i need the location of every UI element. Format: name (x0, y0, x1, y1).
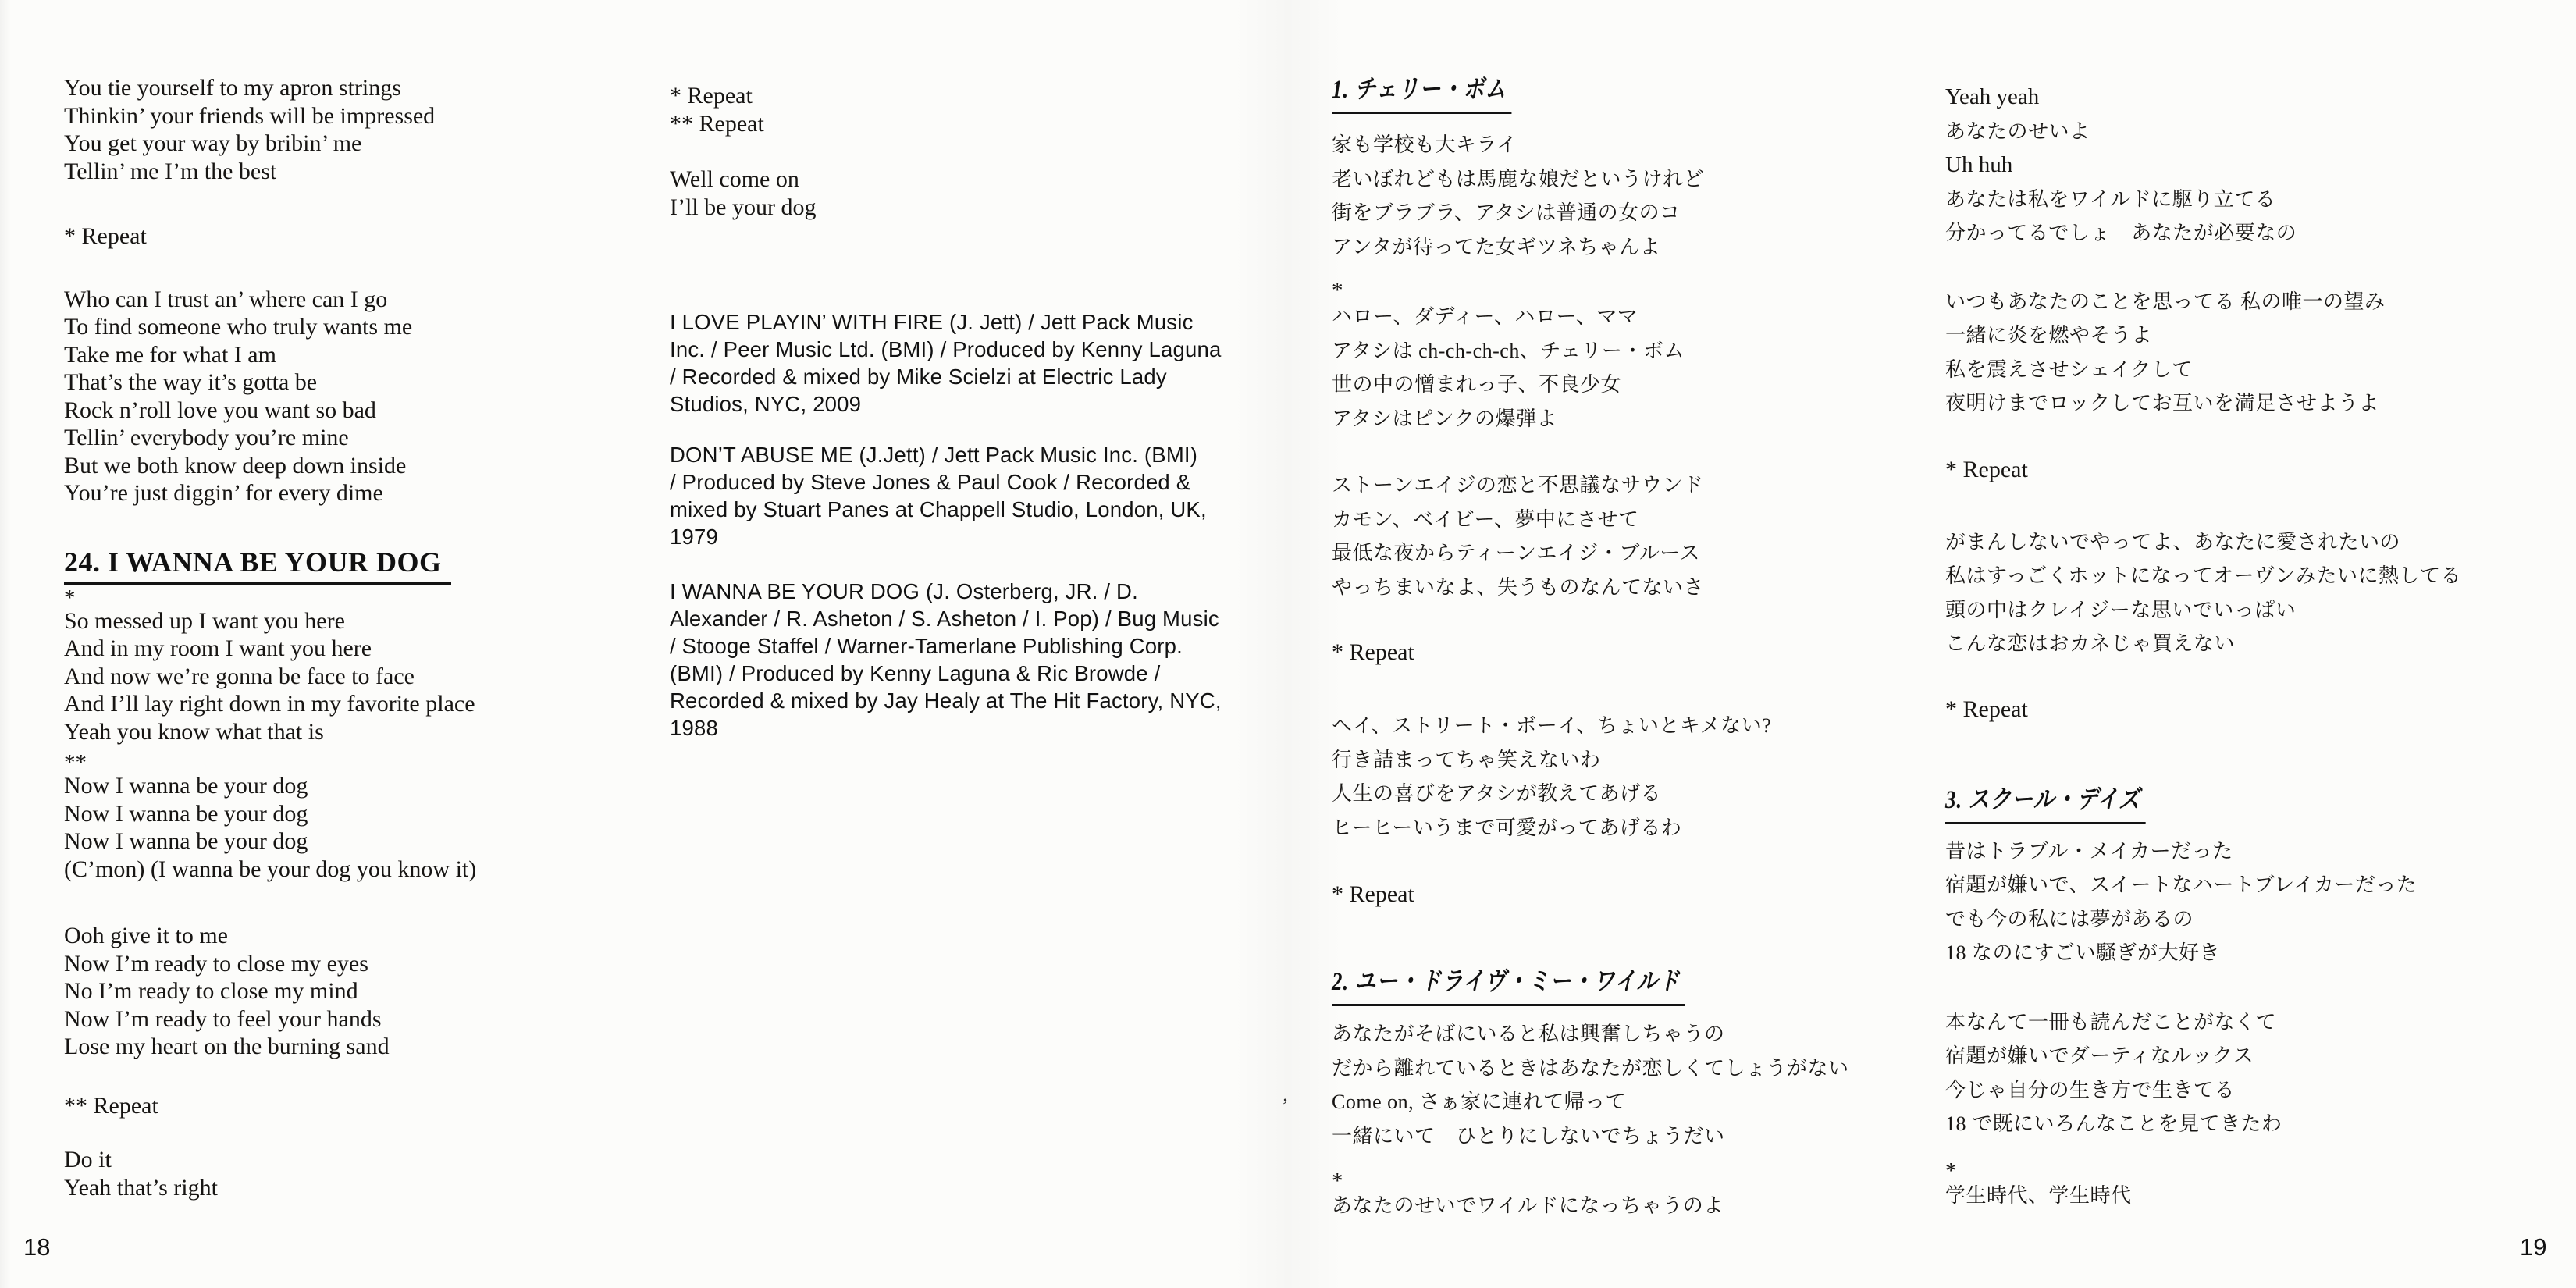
lyric-line: 18 で既にいろんなことを見てきたわ (1945, 1107, 2570, 1141)
stanza: 昔はトラブル・メイカーだった宿題が嫌いで、スイートなハートブレイカーだったでも今… (1945, 834, 2570, 970)
lyric-line: And in my room I want you here (64, 635, 579, 663)
repeat-marker: * Repeat (1332, 639, 1941, 667)
song-title-text: 24. I WANNA BE YOUR DOG (64, 546, 451, 585)
stanza: 本なんて一冊も読んだことがなくて宿題が嫌いでダーティなルックス今じゃ自分の生き方… (1945, 1005, 2570, 1141)
repeat-marker: * (1332, 1173, 1941, 1189)
lyric-line: アンタが待ってた女ギツネちゃんよ (1332, 230, 1941, 265)
lyric-line: To find someone who truly wants me (64, 313, 579, 341)
lyric-line: あなたがそばにいると私は興奮しちゃうの (1332, 1017, 1941, 1051)
lyric-line: Do it (64, 1146, 579, 1174)
lyric-line: 18 なのにすごい騒ぎが大好き (1945, 936, 2570, 970)
credit-line: / Produced by Steve Jones & Paul Cook / … (670, 468, 1247, 496)
lyric-line: 一緒にいて ひとりにしないでちょうだい (1332, 1119, 1941, 1154)
lyric-line: でも今の私には夢があるの (1945, 902, 2570, 937)
credit-line: Alexander / R. Asheton / S. Asheton / I.… (670, 605, 1247, 632)
stanza: 学生時代、学生時代 (1945, 1179, 2570, 1213)
stanza: ヘイ、ストリート・ボーイ、ちょいとキメない?行き詰まってちゃ笑えないわ人生の喜び… (1332, 709, 1941, 845)
lyric-line: アタシは ch-ch-ch-ch、チェリー・ボム (1332, 334, 1941, 368)
lyric-line: がまんしないでやってよ、あなたに愛されたいの (1945, 525, 2570, 560)
lyric-line: Well come on (670, 165, 1247, 194)
lyric-line: あなたのせいよ (1945, 115, 2570, 149)
credit-line: / Recorded & mixed by Mike Scielzi at El… (670, 363, 1247, 390)
song-title-text: 2. ユー・ドライヴ・ミー・ワイルド (1332, 966, 1685, 1006)
lyric-line: 老いぼれどもは馬鹿な娘だというけれど (1332, 162, 1941, 197)
lyric-line: ヘイ、ストリート・ボーイ、ちょいとキメない? (1332, 709, 1941, 743)
credit-block: I WANNA BE YOUR DOG (J. Osterberg, JR. /… (670, 578, 1247, 742)
lyric-line: That’s the way it’s gotta be (64, 368, 579, 397)
lyric-line: Now I’m ready to close my eyes (64, 950, 579, 978)
stanza: Now I wanna be your dogNow I wanna be yo… (64, 772, 579, 883)
lyric-line: 夜明けまでロックしてお互いを満足させようよ (1945, 386, 2570, 421)
lyric-line: 本なんて一冊も読んだことがなくて (1945, 1005, 2570, 1040)
lyric-line: (C’mon) (I wanna be your dog you know it… (64, 856, 579, 884)
credit-line: I WANNA BE YOUR DOG (J. Osterberg, JR. /… (670, 578, 1247, 605)
credit-line: mixed by Stuart Panes at Chappell Studio… (670, 496, 1247, 523)
booklet-left-page: You tie yourself to my apron stringsThin… (0, 0, 1288, 1288)
lyric-line: こんな恋はおカネじゃ買えない (1945, 627, 2570, 661)
credit-block: I LOVE PLAYIN’ WITH FIRE (J. Jett) / Jet… (670, 308, 1247, 418)
credit-block: DON’T ABUSE ME (J.Jett) / Jett Pack Musi… (670, 441, 1247, 550)
lyric-line: ** Repeat (670, 110, 1247, 138)
lyric-line: ストーンエイジの恋と不思議なサウンド (1332, 468, 1941, 503)
lyric-line: Come on, さぁ家に連れて帰って (1332, 1085, 1941, 1119)
lyric-line: Yeah that’s right (64, 1174, 579, 1202)
lyric-line: ヒーヒーいうまで可愛がってあげるわ (1332, 811, 1941, 845)
lyrics-column-english-1: You tie yourself to my apron stringsThin… (64, 0, 579, 1201)
lyric-line: 学生時代、学生時代 (1945, 1179, 2570, 1213)
lyric-line: Tellin’ everybody you’re mine (64, 424, 579, 452)
lyric-line: But we both know deep down inside (64, 452, 579, 480)
song-title-text: 3. スクール・デイズ (1945, 785, 2145, 824)
lyric-line: 世の中の憎まれっ子、不良少女 (1332, 368, 1941, 402)
lyric-line: 最低な夜からティーンエイジ・ブルース (1332, 536, 1941, 571)
credit-line: 1988 (670, 714, 1247, 742)
stanza: ストーンエイジの恋と不思議なサウンドカモン、ベイビー、夢中にさせて最低な夜からテ… (1332, 468, 1941, 604)
repeat-marker: * (64, 590, 579, 606)
lyric-line: 昔はトラブル・メイカーだった (1945, 834, 2570, 869)
credit-line: I LOVE PLAYIN’ WITH FIRE (J. Jett) / Jet… (670, 308, 1247, 336)
stanza: * Repeat** Repeat (670, 82, 1247, 137)
lyric-line: やっちまいなよ、失うものなんてないさ (1332, 571, 1941, 605)
credit-line: Studios, NYC, 2009 (670, 390, 1247, 418)
lyric-line: いつもあなたのことを思ってる 私の唯一の望み (1945, 285, 2570, 319)
lyric-line: Now I wanna be your dog (64, 772, 579, 800)
stanza: You tie yourself to my apron stringsThin… (64, 74, 579, 185)
stanza: Yeah yeahあなたのせいよUh huhあなたは私をワイルドに駆り立てる分か… (1945, 80, 2570, 251)
lyric-line: 家も学校も大キライ (1332, 128, 1941, 162)
lyric-line: So messed up I want you here (64, 607, 579, 635)
song-title-heading: 24. I WANNA BE YOUR DOG (64, 546, 579, 585)
lyric-line: 分かってるでしょ あなたが必要なの (1945, 216, 2570, 251)
lyric-line: Ooh give it to me (64, 922, 579, 950)
repeat-marker: * (1332, 283, 1941, 298)
lyric-line: 私を震えさせシェイクして (1945, 353, 2570, 387)
stanza: ハロー、ダディー、ハロー、ママアタシは ch-ch-ch-ch、チェリー・ボム世… (1332, 300, 1941, 436)
page-number-right: 19 (2520, 1235, 2546, 1259)
lyric-line: You tie yourself to my apron strings (64, 74, 579, 102)
lyric-line: あなたのせいでワイルドになっちゃうのよ (1332, 1189, 1941, 1223)
lyric-line: Now I wanna be your dog (64, 827, 579, 856)
lyric-line: I’ll be your dog (670, 194, 1247, 222)
lyric-line: ハロー、ダディー、ハロー、ママ (1332, 300, 1941, 334)
credit-line: (BMI) / Produced by Kenny Laguna & Ric B… (670, 660, 1247, 687)
repeat-marker: * (1945, 1163, 2570, 1179)
credit-line: DON’T ABUSE ME (J.Jett) / Jett Pack Musi… (670, 441, 1247, 468)
lyric-line: Yeah you know what that is (64, 718, 579, 746)
lyric-line: Now I’m ready to feel your hands (64, 1005, 579, 1034)
credit-line: / Stooge Staffel / Warner-Tamerlane Publ… (670, 632, 1247, 660)
booklet-right-page: 1. チェリー・ボム家も学校も大キライ老いぼれどもは馬鹿な娘だというけれど街をブ… (1288, 0, 2576, 1288)
lyric-line: Thinkin’ your friends will be impressed (64, 102, 579, 130)
lyric-line: 宿題が嫌いでダーティなルックス (1945, 1039, 2570, 1073)
stanza: あなたがそばにいると私は興奮しちゃうのだから離れているときはあなたが恋しくてしょ… (1332, 1017, 1941, 1153)
song-title-text: 1. チェリー・ボム (1332, 74, 1511, 114)
scan-artifact-mark: ’ (1282, 1094, 1289, 1118)
repeat-marker: * Repeat (1945, 696, 2570, 724)
song-title-heading: 2. ユー・ドライヴ・ミー・ワイルド (1332, 966, 1941, 1006)
lyrics-column-japanese-1: 1. チェリー・ボム家も学校も大キライ老いぼれどもは馬鹿な娘だというけれど街をブ… (1332, 0, 1941, 1223)
lyric-line: Take me for what I am (64, 341, 579, 369)
lyric-line: アタシはピンクの爆弾よ (1332, 402, 1941, 436)
lyric-line: 宿題が嫌いで、スイートなハートブレイカーだった (1945, 868, 2570, 902)
stanza: Ooh give it to meNow I’m ready to close … (64, 922, 579, 1061)
lyric-line: 行き詰まってちゃ笑えないわ (1332, 743, 1941, 777)
lyrics-column-japanese-2: Yeah yeahあなたのせいよUh huhあなたは私をワイルドに駆り立てる分か… (1945, 0, 2570, 1212)
stanza: いつもあなたのことを思ってる 私の唯一の望み一緒に炎を燃やそうよ私を震えさせシェ… (1945, 285, 2570, 421)
lyric-line: Rock n’roll love you want so bad (64, 397, 579, 425)
lyric-line: カモン、ベイビー、夢中にさせて (1332, 503, 1941, 537)
lyric-line: Tellin’ me I’m the best (64, 158, 579, 186)
song-title-heading: 1. チェリー・ボム (1332, 74, 1941, 114)
lyric-line: You get your way by bribin’ me (64, 130, 579, 158)
lyric-line: And now we’re gonna be face to face (64, 663, 579, 691)
lyric-line: 人生の喜びをアタシが教えてあげる (1332, 777, 1941, 811)
repeat-marker: * Repeat (1945, 456, 2570, 484)
repeat-marker: ** Repeat (64, 1092, 579, 1120)
stanza: 家も学校も大キライ老いぼれどもは馬鹿な娘だというけれど街をブラブラ、アタシは普通… (1332, 128, 1941, 264)
stanza: Who can I trust an’ where can I goTo fin… (64, 286, 579, 507)
stanza: So messed up I want you hereAnd in my ro… (64, 607, 579, 746)
lyric-line: だから離れているときはあなたが恋しくてしょうがない (1332, 1051, 1941, 1086)
stanza: Do itYeah that’s right (64, 1146, 579, 1201)
lyric-line: Uh huh (1945, 148, 2570, 183)
stanza: あなたのせいでワイルドになっちゃうのよ (1332, 1189, 1941, 1223)
lyric-line: And I’ll lay right down in my favorite p… (64, 690, 579, 718)
lyric-line: No I’m ready to close my mind (64, 977, 579, 1005)
lyric-line: 街をブラブラ、アタシは普通の女のコ (1332, 196, 1941, 230)
stanza: Well come onI’ll be your dog (670, 165, 1247, 221)
credit-line: Inc. / Peer Music Ltd. (BMI) / Produced … (670, 336, 1247, 363)
lyric-line: Lose my heart on the burning sand (64, 1033, 579, 1061)
lyric-line: Who can I trust an’ where can I go (64, 286, 579, 314)
lyric-line: 私はすっごくホットになってオーヴンみたいに熱してる (1945, 559, 2570, 593)
lyric-line: * Repeat (670, 82, 1247, 110)
lyric-line: 今じゃ自分の生き方で生きてる (1945, 1073, 2570, 1108)
repeat-marker: * Repeat (64, 222, 579, 251)
credit-line: 1979 (670, 523, 1247, 550)
page-number-left: 18 (23, 1235, 50, 1259)
repeat-marker: ** (64, 755, 579, 770)
credit-line: Recorded & mixed by Jay Healy at The Hit… (670, 687, 1247, 714)
song-title-heading: 3. スクール・デイズ (1945, 785, 2570, 824)
lyric-line: 一緒に炎を燃やそうよ (1945, 318, 2570, 353)
lyric-line: あなたは私をワイルドに駆り立てる (1945, 183, 2570, 217)
lyric-line: Yeah yeah (1945, 80, 2570, 115)
lyric-line: Now I wanna be your dog (64, 800, 579, 828)
lyric-line: You’re just diggin’ for every dime (64, 479, 579, 507)
lyric-line: 頭の中はクレイジーな思いでいっぱい (1945, 593, 2570, 628)
stanza: がまんしないでやってよ、あなたに愛されたいの私はすっごくホットになってオーヴンみ… (1945, 525, 2570, 661)
repeat-marker: * Repeat (1332, 881, 1941, 909)
lyrics-column-english-2-credits: * Repeat** RepeatWell come onI’ll be you… (670, 0, 1247, 742)
